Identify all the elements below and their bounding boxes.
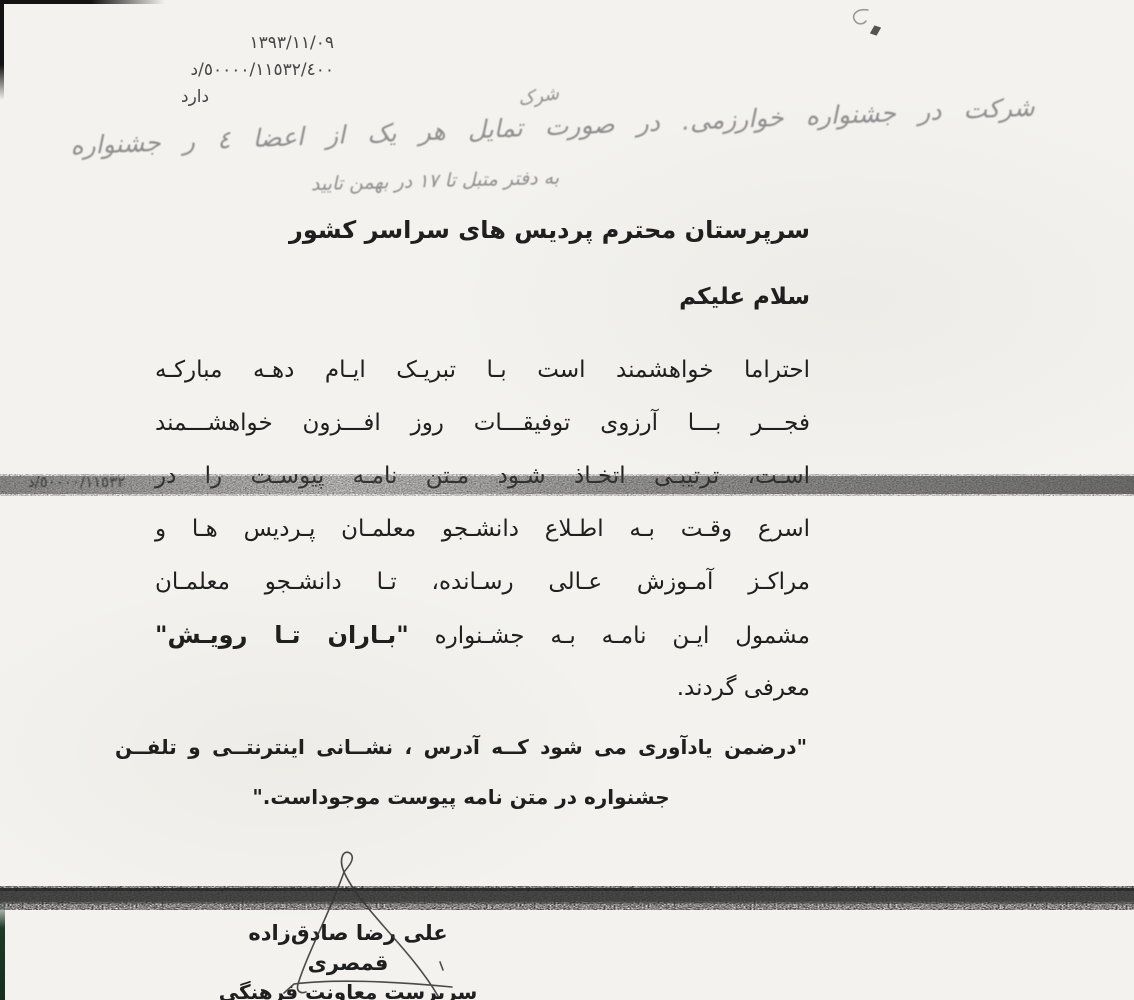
scan-noise-band-middle: ٥٠٠٠٠/١١٥٣٢/د (0, 468, 1134, 500)
body-line-festival: مشمول ایـن نامـه بـه جشـنواره "بـاران تـ… (155, 609, 810, 662)
salutation-line: سلام علیکم (155, 284, 810, 310)
letter-date: ١٣٩٣/١١/٠٩ (147, 30, 334, 57)
letter-ref-number: ٥٠٠٠٠/١١٥٣٢/٤٠٠/د (147, 57, 334, 84)
note-line: "درضمن یادآوری می شود کــه آدرس ، نشــان… (115, 722, 807, 772)
body-line: مراکـز آمـوزش عـالی رسـانده، تـا دانشـجو… (155, 556, 810, 609)
signature-stroke (268, 836, 473, 1000)
scan-edge-left-green (0, 900, 5, 1000)
body-line: فجـــر بـــا آرزوی توفیقـــات روز افـــز… (155, 397, 810, 450)
scanned-letter-page: ١٣٩٣/١١/٠٩ ٥٠٠٠٠/١١٥٣٢/٤٠٠/د دارد شرک شر… (0, 0, 1134, 1000)
attachment-indicator: دارد (147, 84, 334, 111)
festival-name: "بـاران تـا رویـش" (155, 621, 409, 649)
handwriting-line2: به دفتر متبل تا ١٧ در بهمن تایید (295, 166, 575, 195)
body-line6-prefix: مشمول ایـن نامـه بـه جشـنواره (409, 623, 810, 649)
letter-body: احتراما خواهشمند است بـا تبریـک ایـام ده… (155, 344, 810, 715)
handwriting-overword: شرک (517, 83, 561, 110)
scan-noise-band-bottom (0, 886, 1134, 910)
reminder-note: "درضمن یادآوری می شود کــه آدرس ، نشــان… (115, 722, 807, 822)
body-line: اسرع وقـت بـه اطـلاع دانشـجو معلمـان پـر… (155, 503, 810, 556)
scan-edge-left (0, 0, 4, 100)
scan-edge-top (0, 0, 165, 4)
recipient-line: سرپرستان محترم پردیس های سراسر کشور (155, 216, 810, 244)
body-closing-line: معرفی گردند. (155, 662, 810, 715)
scan-band-ref-ghost: ٥٠٠٠٠/١١٥٣٢/د (28, 473, 125, 491)
letter-header: ١٣٩٣/١١/٠٩ ٥٠٠٠٠/١١٥٣٢/٤٠٠/د دارد (147, 30, 334, 111)
note-line: جشنواره در متن نامه پیوست موجوداست." (115, 772, 807, 822)
body-line: احتراما خواهشمند است بـا تبریـک ایـام ده… (155, 344, 810, 397)
